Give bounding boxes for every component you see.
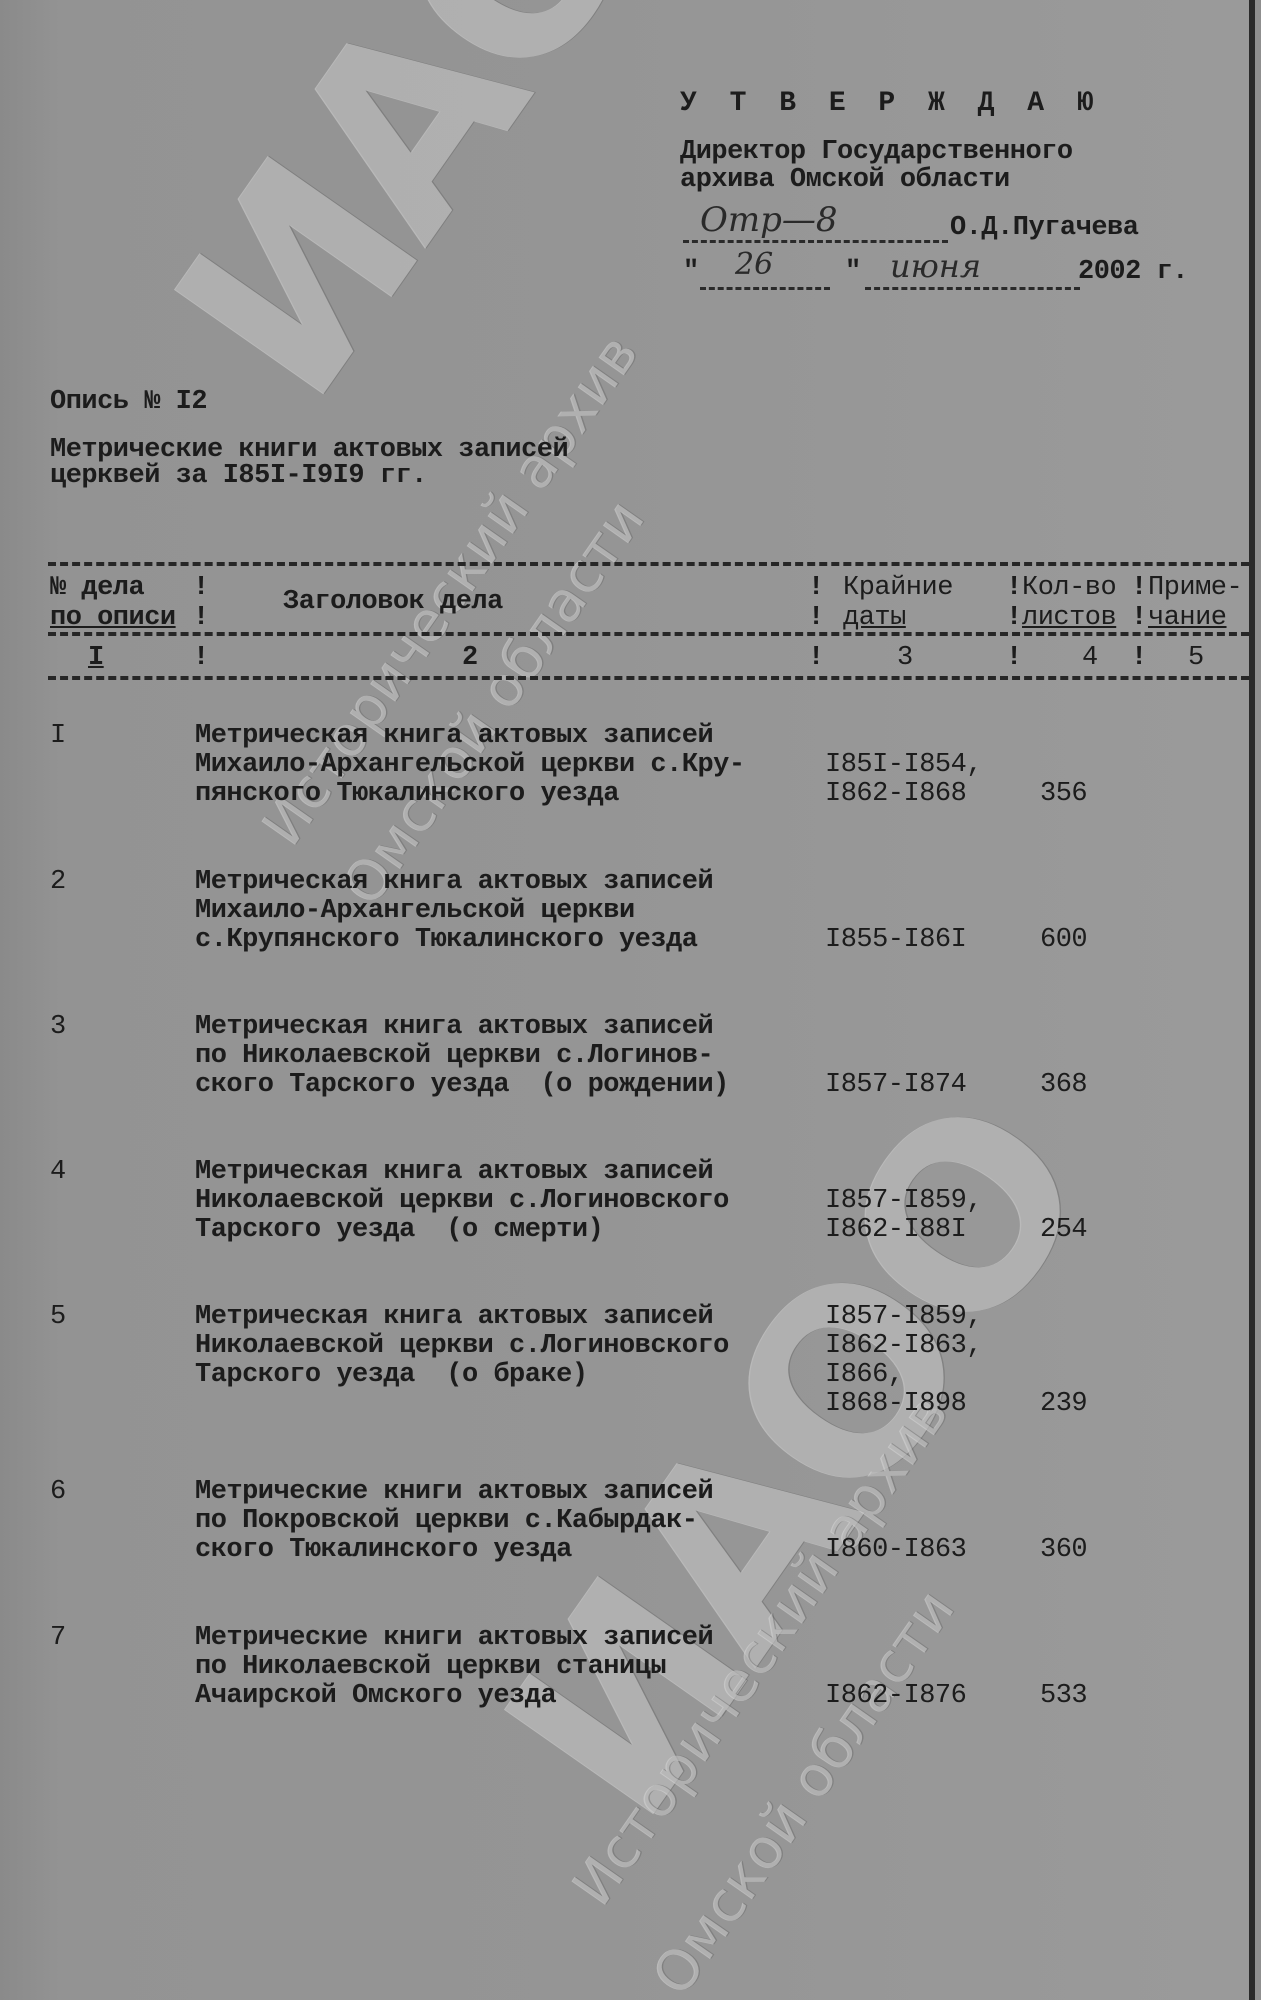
header-case-number-line1: № дела — [50, 574, 144, 602]
case-title-line: Метрические книги актовых записей — [195, 1624, 713, 1652]
case-dates-line: I857-I859, — [825, 1303, 982, 1331]
header-top-rule — [48, 562, 1249, 566]
header-sheets-line1: Кол-во — [1022, 574, 1116, 602]
sheet-count: 356 — [1040, 780, 1087, 808]
case-title-line: Ачаирской Омского уезда — [195, 1682, 556, 1710]
case-title-line: Тарского уезда (о браке) — [195, 1361, 588, 1389]
header-dates-line2: даты — [843, 604, 906, 632]
case-number: 5 — [50, 1303, 66, 1331]
case-title-line: Николаевской церкви с.Логиновского — [195, 1332, 729, 1360]
approver-position-line2: архива Омской области — [680, 166, 1010, 194]
header-case-title: Заголовок дела — [283, 588, 503, 616]
watermark-caption-line2: Омской области — [330, 488, 657, 917]
case-dates-line: I85I-I854, — [825, 751, 982, 779]
case-number: I — [50, 722, 66, 750]
col-separator: ! — [193, 574, 209, 602]
col-separator: ! — [1131, 604, 1147, 632]
approver-position-line1: Директор Государственного — [680, 138, 1073, 166]
sheet-count: 368 — [1040, 1071, 1087, 1099]
col-separator: ! — [1006, 644, 1022, 672]
col-separator: ! — [1131, 574, 1147, 602]
handwritten-signature: Отр—8 — [700, 200, 838, 240]
col-separator: ! — [193, 604, 209, 632]
header-colno-1: I — [88, 644, 104, 672]
col-separator: ! — [1006, 604, 1022, 632]
header-colno-2: 2 — [462, 644, 478, 672]
sheet-count: 360 — [1040, 1536, 1087, 1564]
case-title-line: Метрическая книга актовых записей — [195, 1158, 713, 1186]
header-colno-3: 3 — [897, 644, 913, 672]
case-title-line: с.Крупянского Тюкалинского уезда — [195, 926, 697, 954]
inventory-title-line2: церквей за I85I-I9I9 гг. — [50, 462, 427, 490]
case-dates-line: I855-I86I — [825, 926, 966, 954]
header-note-line2: чание — [1148, 604, 1227, 632]
case-dates-line: I862-I868 — [825, 780, 966, 808]
col-separator: ! — [808, 604, 824, 632]
col-separator: ! — [1006, 574, 1022, 602]
date-day-handwritten: 26 — [735, 247, 773, 282]
case-dates-line: I866, — [825, 1361, 904, 1389]
header-bottom-rule — [48, 676, 1249, 680]
case-dates-line: I862-I863, — [825, 1332, 982, 1360]
case-title-line: Метрическая книга актовых записей — [195, 722, 713, 750]
sheet-count: 254 — [1040, 1216, 1087, 1244]
case-title-line: Михаило-Архангельской церкви с.Кру- — [195, 751, 745, 779]
col-separator: ! — [193, 644, 209, 672]
header-dates-line1: Крайние — [843, 574, 953, 602]
header-sheets-line2: листов — [1022, 604, 1116, 632]
case-number: 7 — [50, 1624, 66, 1652]
case-title-line: Тарского уезда (о смерти) — [195, 1216, 603, 1244]
date-quote-close: " — [845, 258, 861, 286]
col-separator: ! — [808, 574, 824, 602]
sheet-count: 533 — [1040, 1682, 1087, 1710]
approval-heading: У Т В Е Р Ж Д А Ю — [680, 90, 1102, 118]
case-title-line: ского Тарского уезда (о рождении) — [195, 1071, 729, 1099]
col-separator: ! — [1131, 644, 1147, 672]
case-dates-line: I857-I859, — [825, 1187, 982, 1215]
header-colno-4: 4 — [1082, 644, 1098, 672]
case-title-line: Михаило-Архангельской церкви — [195, 897, 635, 925]
sheet-count: 600 — [1040, 926, 1087, 954]
page-edge — [1249, 0, 1255, 2000]
case-number: 6 — [50, 1478, 66, 1506]
case-dates-line: I857-I874 — [825, 1071, 966, 1099]
case-title-line: Метрическая книга актовых записей — [195, 1303, 713, 1331]
inventory-number: Опись № I2 — [50, 388, 207, 416]
case-title-line: Метрическая книга актовых записей — [195, 868, 713, 896]
case-dates-line: I868-I898 — [825, 1390, 966, 1418]
header-case-number-line2: по описи — [50, 604, 176, 632]
scanned-page: ИАОО Исторический архив Омской области И… — [0, 0, 1255, 2000]
case-title-line: Метрические книги актовых записей — [195, 1478, 713, 1506]
inventory-title-line1: Метрические книги актовых записей — [50, 436, 568, 464]
header-note-line1: Приме- — [1148, 574, 1242, 602]
signature-underline — [683, 240, 948, 243]
signatory-name: О.Д.Пугачева — [950, 214, 1138, 242]
date-month-handwritten: июня — [890, 247, 981, 285]
case-title-line: по Николаевской церкви с.Логинов- — [195, 1042, 713, 1070]
case-title-line: по Николаевской церкви станицы — [195, 1653, 666, 1681]
case-dates-line: I860-I863 — [825, 1536, 966, 1564]
case-title-line: ского Тюкалинского уезда — [195, 1536, 572, 1564]
case-number: 2 — [50, 868, 66, 896]
col-separator: ! — [808, 644, 824, 672]
case-number: 4 — [50, 1158, 66, 1186]
case-dates-line: I862-I876 — [825, 1682, 966, 1710]
case-title-line: Николаевской церкви с.Логиновского — [195, 1187, 729, 1215]
date-day-underline — [700, 287, 830, 290]
date-year: 2002 г. — [1078, 258, 1188, 286]
date-month-underline — [865, 287, 1080, 290]
sheet-count: 239 — [1040, 1390, 1087, 1418]
date-quote-open: " — [683, 258, 699, 286]
case-number: 3 — [50, 1013, 66, 1041]
case-title-line: Метрическая книга актовых записей — [195, 1013, 713, 1041]
case-title-line: по Покровской церкви с.Кабырдак- — [195, 1507, 697, 1535]
case-title-line: пянского Тюкалинского уезда — [195, 780, 619, 808]
header-colno-5: 5 — [1188, 644, 1204, 672]
case-dates-line: I862-I88I — [825, 1216, 966, 1244]
